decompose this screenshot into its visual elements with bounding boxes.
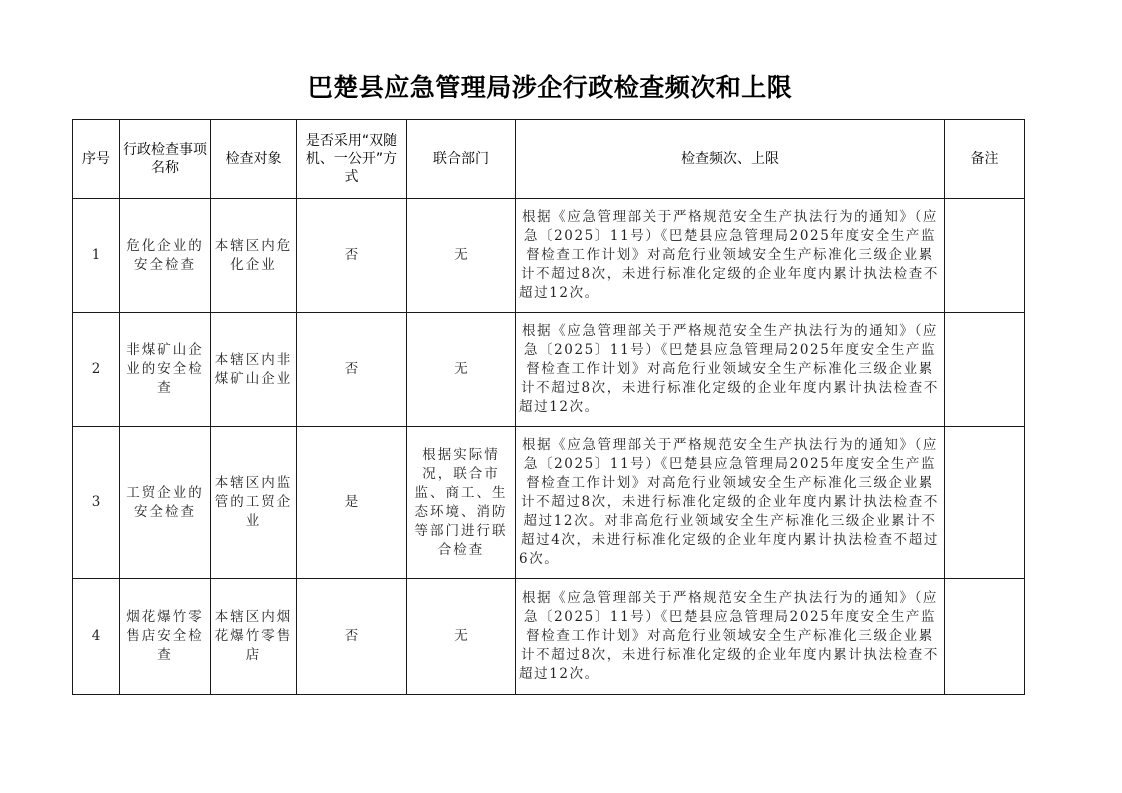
row-remarks	[945, 579, 1025, 695]
table-row: 4 烟花爆竹零售店安全检查 本辖区内烟花爆竹零售店 否 无 根据《应急管理部关于…	[73, 579, 1025, 695]
row-remarks	[945, 313, 1025, 427]
header-row: 序号 行政检查事项名称 检查对象 是否采用“双随机、一公开”方式 联合部门 检查…	[73, 120, 1025, 199]
row-item-name: 烟花爆竹零售店安全检查	[120, 579, 211, 695]
row-joint-dept: 根据实际情况，联合市监、商工、生态环境、消防等部门进行联合检查	[407, 427, 516, 579]
row-frequency-text: 根据《应急管理部关于严格规范安全生产执法行为的通知》（应急〔2025〕11号）《…	[519, 322, 941, 417]
row-item-name: 工贸企业的安全检查	[120, 427, 211, 579]
row-frequency: 根据《应急管理部关于严格规范安全生产执法行为的通知》（应急〔2025〕11号）《…	[516, 579, 945, 695]
row-remarks	[945, 427, 1025, 579]
document-title: 巴楚县应急管理局涉企行政检查频次和上限	[0, 68, 1100, 104]
row-index: 4	[73, 579, 120, 695]
row-target: 本辖区内烟花爆竹零售店	[211, 579, 297, 695]
header-frequency: 检查频次、上限	[516, 120, 945, 199]
row-joint-dept: 无	[407, 579, 516, 695]
row-double-random: 是	[297, 427, 407, 579]
header-joint-dept: 联合部门	[407, 120, 516, 199]
row-index: 3	[73, 427, 120, 579]
row-joint-dept: 无	[407, 199, 516, 313]
table-row: 1 危化企业的安全检查 本辖区内危化企业 否 无 根据《应急管理部关于严格规范安…	[73, 199, 1025, 313]
row-target: 本辖区内监管的工贸企业	[211, 427, 297, 579]
row-target: 本辖区内非煤矿山企业	[211, 313, 297, 427]
row-frequency: 根据《应急管理部关于严格规范安全生产执法行为的通知》（应急〔2025〕11号）《…	[516, 427, 945, 579]
row-frequency-text: 根据《应急管理部关于严格规范安全生产执法行为的通知》（应急〔2025〕11号）《…	[519, 208, 941, 303]
row-item-name: 危化企业的安全检查	[120, 199, 211, 313]
row-frequency-text: 根据《应急管理部关于严格规范安全生产执法行为的通知》（应急〔2025〕11号）《…	[519, 436, 941, 569]
row-item-name: 非煤矿山企业的安全检查	[120, 313, 211, 427]
row-remarks	[945, 199, 1025, 313]
header-item-name: 行政检查事项名称	[120, 120, 211, 199]
header-double-random: 是否采用“双随机、一公开”方式	[297, 120, 407, 199]
row-double-random: 否	[297, 313, 407, 427]
table-row: 3 工贸企业的安全检查 本辖区内监管的工贸企业 是 根据实际情况，联合市监、商工…	[73, 427, 1025, 579]
row-joint-dept: 无	[407, 313, 516, 427]
inspection-frequency-table: 序号 行政检查事项名称 检查对象 是否采用“双随机、一公开”方式 联合部门 检查…	[72, 119, 1025, 695]
row-frequency: 根据《应急管理部关于严格规范安全生产执法行为的通知》（应急〔2025〕11号）《…	[516, 313, 945, 427]
header-index: 序号	[73, 120, 120, 199]
row-double-random: 否	[297, 579, 407, 695]
row-double-random: 否	[297, 199, 407, 313]
row-target: 本辖区内危化企业	[211, 199, 297, 313]
row-frequency: 根据《应急管理部关于严格规范安全生产执法行为的通知》（应急〔2025〕11号）《…	[516, 199, 945, 313]
header-remarks: 备注	[945, 120, 1025, 199]
table-row: 2 非煤矿山企业的安全检查 本辖区内非煤矿山企业 否 无 根据《应急管理部关于严…	[73, 313, 1025, 427]
row-index: 2	[73, 313, 120, 427]
header-target: 检查对象	[211, 120, 297, 199]
row-index: 1	[73, 199, 120, 313]
row-frequency-text: 根据《应急管理部关于严格规范安全生产执法行为的通知》（应急〔2025〕11号）《…	[519, 589, 941, 684]
